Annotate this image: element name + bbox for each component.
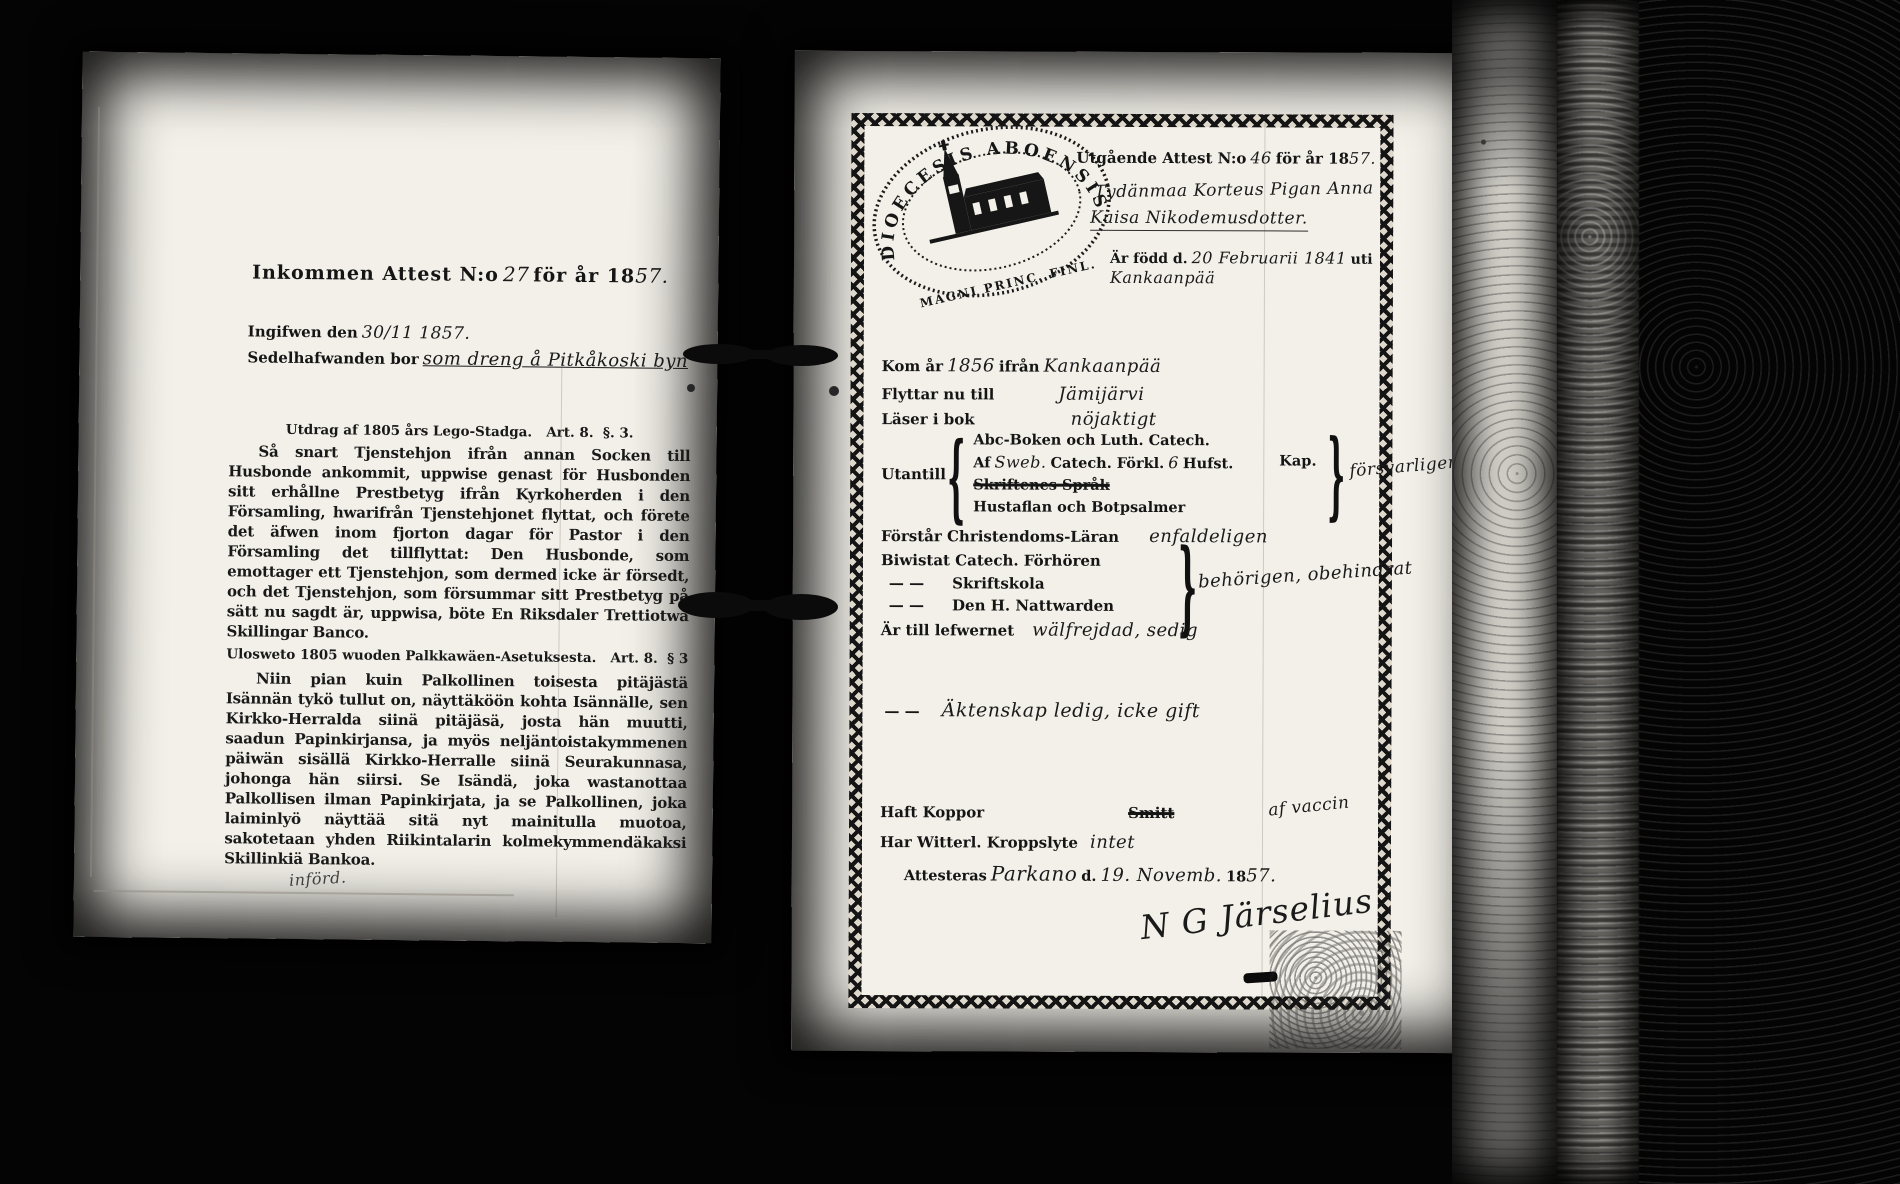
outgoing-attest-title: Utgående Attest N:o 46 för år 1857. bbox=[1076, 148, 1386, 169]
title-mid: för år 18 bbox=[1276, 149, 1349, 167]
attested-d-label: d. bbox=[1081, 868, 1096, 885]
open-brace: { bbox=[947, 422, 965, 534]
left-page: Inkommen Attest N:o 27 för år 1857. Ingi… bbox=[73, 52, 720, 944]
memorized-item-4: Hustaflan och Botpsalmer bbox=[973, 496, 1233, 519]
came-year-row: Kom år 1856 ifrån Kankaanpää bbox=[882, 355, 1162, 377]
memorized-item-1: Abc-Boken och Luth. Catech. bbox=[973, 429, 1233, 452]
attested-century: 18 bbox=[1226, 868, 1246, 885]
scan-noise bbox=[1639, 0, 1900, 1184]
title-number-handwritten: 27 bbox=[503, 262, 530, 286]
stacked-sheet-edge bbox=[94, 890, 514, 896]
ditto-dashes: — — bbox=[889, 596, 924, 614]
person-name-line2-handwritten: Kaisa Nikodemusdotter. bbox=[1090, 208, 1308, 232]
received-label: Ingifwen den bbox=[248, 322, 358, 341]
finnish-statute-paragraph: Niin pian kuin Palkollinen toisesta pitä… bbox=[224, 668, 688, 873]
came-label: Kom år bbox=[882, 357, 943, 375]
attested-label: Attesteras bbox=[904, 867, 987, 884]
came-year-handwritten: 1856 bbox=[947, 355, 995, 376]
conduct-label: Är till lefwernet bbox=[881, 621, 1015, 639]
reads-in-book-row: Läser i bok nöjaktigt bbox=[881, 408, 1156, 430]
stacked-sheet-edge bbox=[90, 107, 100, 877]
memorized-list: Abc-Boken och Luth. Catech. Af Sweb. Cat… bbox=[973, 429, 1233, 519]
confirmation-school-row: — — Skriftskola bbox=[889, 574, 1045, 594]
binding-rivet bbox=[829, 386, 839, 396]
item2-handwritten: Sweb. bbox=[995, 452, 1047, 471]
right-page: DIOECESIS ABOENSIS MAGNI bbox=[791, 51, 1499, 1053]
moves-to-label: Flyttar nu till bbox=[882, 385, 995, 403]
marital-status-row: — — Äktenskap ledig, icke gift bbox=[884, 699, 1200, 722]
chapter-grade-handwritten: försvarligen bbox=[1349, 452, 1460, 481]
scanned-book-spread: Inkommen Attest N:o 27 för år 1857. Ingi… bbox=[0, 0, 1900, 1184]
scan-speckle-patch bbox=[1269, 930, 1401, 1048]
bodily-defect-value-handwritten: intet bbox=[1090, 832, 1135, 853]
received-line: Ingifwen den 30/11 1857. bbox=[248, 321, 471, 343]
incoming-attest-title: Inkommen Attest N:o 27 för år 1857. bbox=[230, 259, 690, 288]
memorized-item-3-struck: Skriftenes Språk bbox=[973, 474, 1233, 497]
born-line: Är född d. 20 Februarii 1841 uti Kankaan… bbox=[1110, 248, 1400, 289]
conduct-row: Är till lefwernet wälfrejdad, sedig bbox=[881, 619, 1198, 641]
moves-to-value-handwritten: Jämijärvi bbox=[1058, 384, 1144, 405]
smallpox-label: Haft Koppor bbox=[880, 803, 984, 821]
understands-value-handwritten: enfaldeligen bbox=[1149, 526, 1268, 547]
title-prefix: Utgående Attest N:o bbox=[1076, 149, 1246, 168]
reads-value-handwritten: nöjaktigt bbox=[1071, 409, 1157, 430]
ditto-dashes: — — bbox=[889, 574, 924, 592]
clerk-note-handwritten: införd. bbox=[288, 868, 346, 890]
holy-communion-row: — — Den H. Nattwarden bbox=[889, 596, 1114, 616]
finnish-statute-heading: Ulosweto 1805 wuoden Palkkawäen-Asetukse… bbox=[226, 646, 688, 667]
memorized-label: Utantill bbox=[881, 465, 946, 483]
binding-rivet bbox=[687, 384, 695, 392]
came-from-label: ifrån bbox=[999, 357, 1040, 375]
swedish-statute-heading: Utdrag af 1805 års Lego-Stadga. Art. 8. … bbox=[229, 421, 691, 442]
smallpox-row: Haft Koppor Smitt af vaccin bbox=[880, 803, 1400, 824]
title-year-handwritten: 57. bbox=[635, 263, 669, 287]
holder-label: Sedelhafwanden bor bbox=[247, 348, 418, 368]
stacked-sheet-edge bbox=[100, 142, 110, 862]
title-year-handwritten: 57. bbox=[1349, 149, 1376, 168]
item2-mid: Catech. Förkl. bbox=[1050, 455, 1164, 472]
attended-exams-label: Biwistat Catech. Förhören bbox=[881, 551, 1101, 570]
holy-communion-label: Den H. Nattwarden bbox=[952, 596, 1114, 615]
received-date-handwritten: 30/11 1857. bbox=[362, 323, 471, 344]
born-date-handwritten: 20 Februarii 1841 bbox=[1192, 248, 1347, 268]
born-mid-label: uti bbox=[1351, 252, 1373, 268]
conduct-value-handwritten: wälfrejdad, sedig bbox=[1032, 620, 1198, 642]
confirmation-school-label: Skriftskola bbox=[952, 574, 1045, 592]
bodily-defect-row: Har Witterl. Kroppslyte intet bbox=[880, 831, 1135, 853]
ditto-dashes: — — bbox=[884, 702, 919, 720]
title-number-handwritten: 46 bbox=[1250, 148, 1271, 167]
attested-date-handwritten: 19. Novemb. bbox=[1100, 865, 1222, 886]
moves-to-row: Flyttar nu till Jämijärvi bbox=[882, 383, 1145, 405]
bodily-defect-label: Har Witterl. Kroppslyte bbox=[880, 833, 1078, 852]
chapter-label: Kap. bbox=[1279, 452, 1316, 469]
smallpox-struck-option: Smitt bbox=[1128, 804, 1174, 822]
marital-status-handwritten: Äktenskap ledig, icke gift bbox=[942, 699, 1200, 722]
item2-suffix: Hufst. bbox=[1183, 455, 1233, 472]
memorized-item-2: Af Sweb. Catech. Förkl. 6 Hufst. bbox=[973, 451, 1233, 475]
scan-edge-band-dark bbox=[1557, 0, 1639, 1184]
person-name-line1-handwritten: Tydänmaa Korteus Pigan Anna bbox=[1094, 178, 1374, 202]
attested-year-handwritten: 57. bbox=[1246, 865, 1276, 886]
title-prefix: Inkommen Attest N:o bbox=[252, 261, 499, 286]
title-mid: för år 18 bbox=[533, 264, 635, 287]
close-brace: } bbox=[1327, 419, 1345, 531]
holder-value-handwritten: som dreng å Pitkåkoski byn bbox=[423, 348, 689, 372]
came-from-place-handwritten: Kankaanpää bbox=[1044, 356, 1162, 377]
swedish-statute-paragraph: Så snart Tjenstehjon ifrån annan Socken … bbox=[226, 441, 690, 646]
understands-row: Förstår Christendoms-Läran enfaldeligen bbox=[881, 525, 1268, 547]
born-label: Är född d. bbox=[1110, 251, 1188, 267]
understands-label: Förstår Christendoms-Läran bbox=[881, 527, 1119, 546]
memorized-section: Utantill { Abc-Boken och Luth. Catech. A… bbox=[881, 429, 1401, 527]
born-place-handwritten: Kankaanpää bbox=[1110, 268, 1215, 287]
item2-number-handwritten: 6 bbox=[1168, 453, 1179, 472]
item2-prefix: Af bbox=[973, 454, 990, 471]
scan-edge-band bbox=[1452, 0, 1557, 1184]
attested-place-handwritten: Parkano bbox=[991, 861, 1078, 885]
attestation-row: Attesteras Parkano d. 19. Novemb. 1857. bbox=[904, 861, 1277, 886]
holder-line: Sedelhafwanden bor som dreng å Pitkåkosk… bbox=[247, 346, 688, 372]
